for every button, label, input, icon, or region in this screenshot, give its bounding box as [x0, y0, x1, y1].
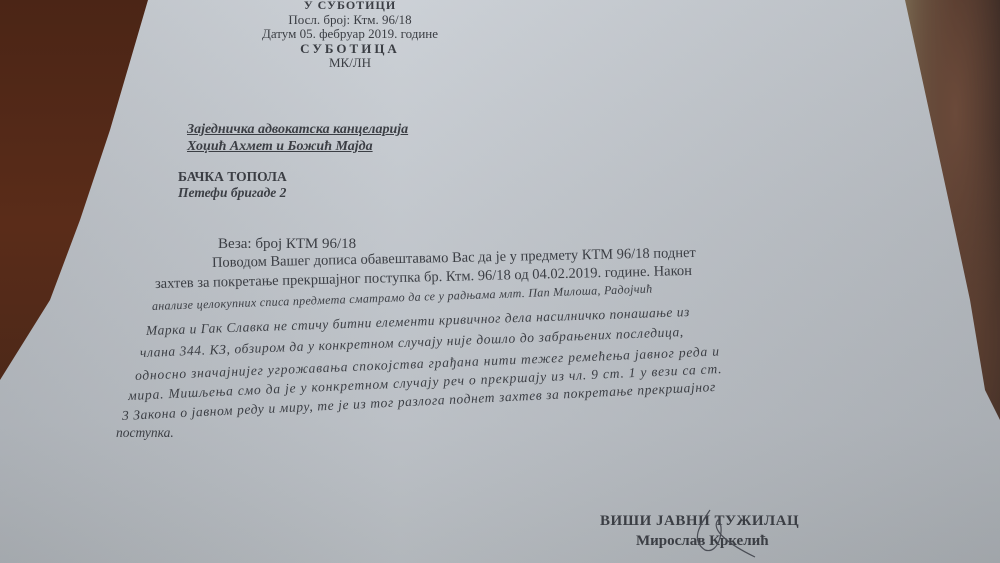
city-name: СУБОТИЦА [210, 42, 490, 57]
document-date: Датум 05. фебруар 2019. године [210, 27, 490, 42]
court-name: У СУБОТИЦИ [210, 0, 490, 13]
recipient-office: Заједничка адвокатска канцеларија [187, 121, 408, 138]
recipient-block: Заједничка адвокатска канцеларија Хоџић … [187, 121, 408, 155]
handwritten-signature-icon [680, 505, 760, 560]
recipient-address: БАЧКА ТОПОЛА Петефи бригаде 2 [178, 169, 287, 201]
recipient-town: БАЧКА ТОПОЛА [178, 169, 287, 185]
initials: МК/ЛН [210, 56, 490, 71]
recipient-names: Хоџић Ахмет и Божић Мајда [187, 138, 408, 155]
case-number: Посл. број: Ктм. 96/18 [210, 13, 490, 28]
recipient-street: Петефи бригаде 2 [178, 185, 287, 201]
body-line: поступка. [116, 422, 174, 443]
letterhead: У СУБОТИЦИ Посл. број: Ктм. 96/18 Датум … [210, 0, 490, 71]
